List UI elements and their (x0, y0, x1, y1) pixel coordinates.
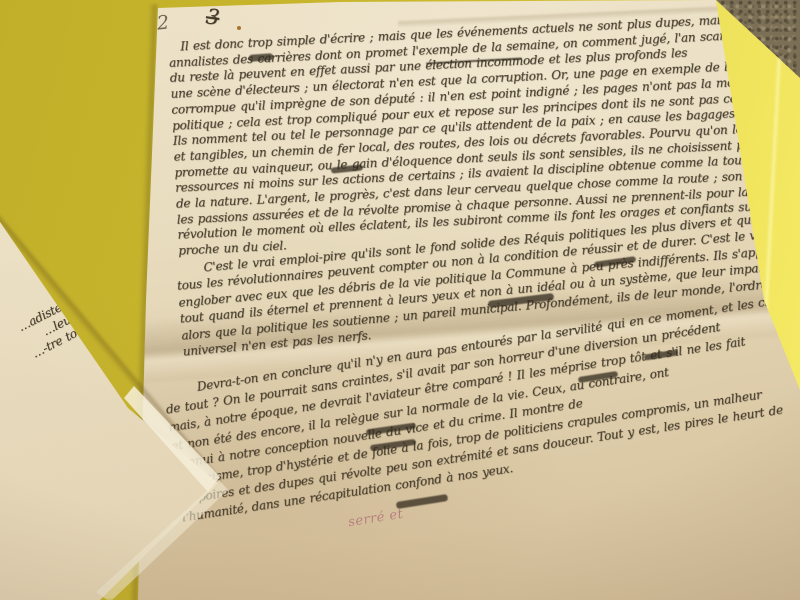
page-number-pencil: 2 (156, 11, 170, 34)
ink-dot (237, 26, 241, 30)
struck-page-mark: 3 (204, 4, 221, 30)
photo-canvas: 2 3 Il est donc trop simple d'écrire ; m… (0, 0, 800, 600)
red-pencil-annotation: serré et (347, 507, 404, 531)
ink-strike-mark (396, 494, 448, 509)
